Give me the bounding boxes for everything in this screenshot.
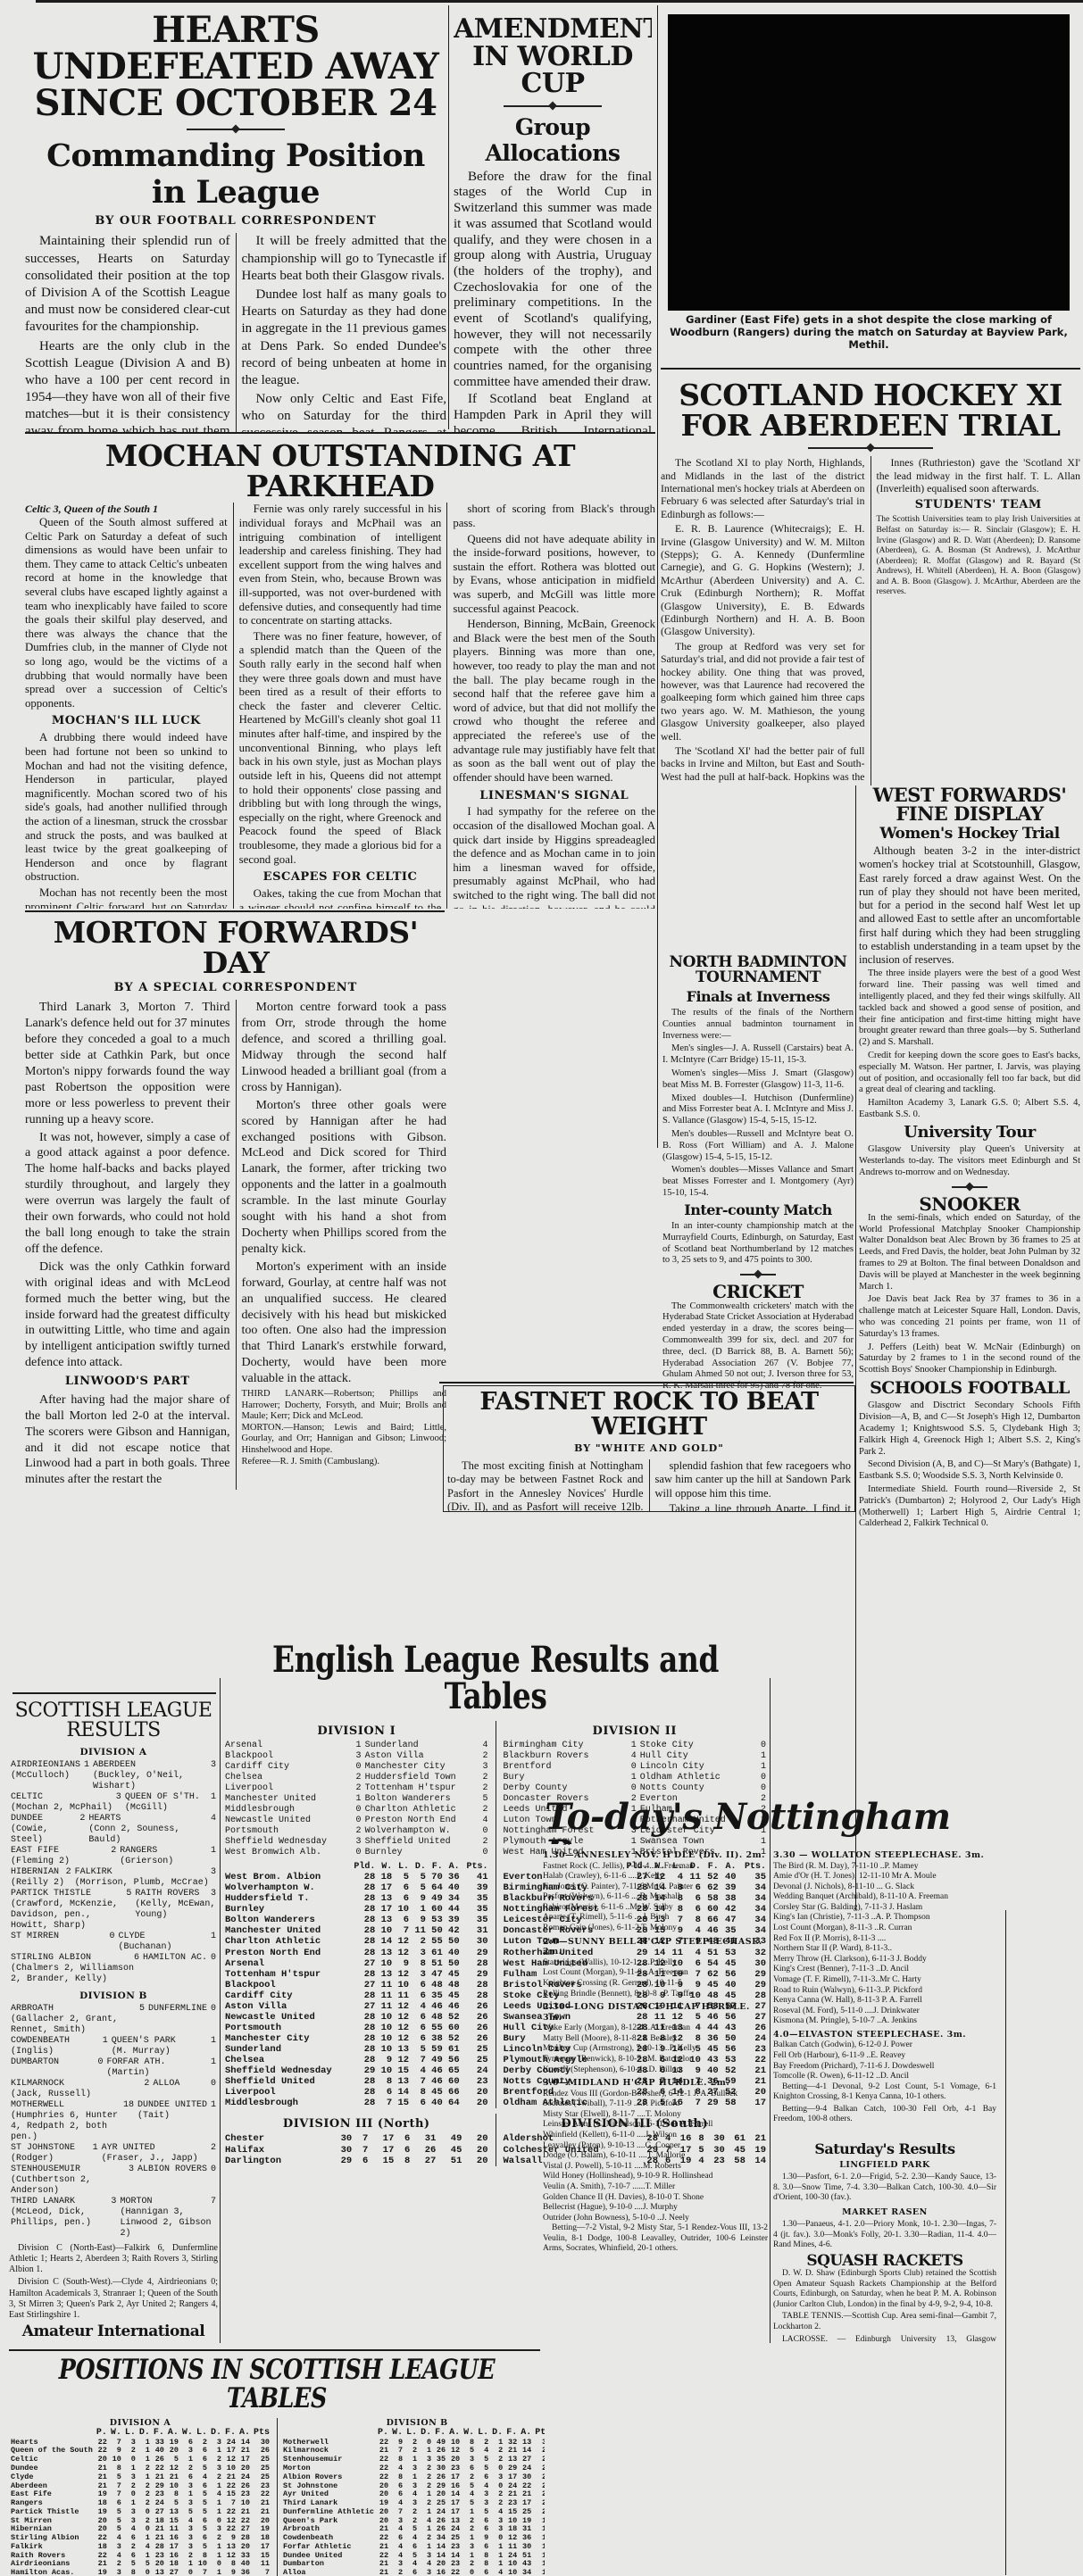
stat-cell: 3 (419, 2569, 433, 2576)
home-score: 2 (102, 1846, 118, 1857)
headline-divider (187, 129, 285, 130)
hockey-article: SCOTLAND HOCKEY XI FOR ABERDEEN TRIAL Th… (661, 375, 1080, 785)
section-rule (661, 368, 1080, 370)
badminton-cricket-column: NORTH BADMINTON TOURNAMENT Finals at Inv… (662, 955, 854, 1455)
positions-division-a: DIVISION A P.W.L.D.F.A.W.L.D.F.A.PtsHear… (9, 2418, 271, 2576)
column-rule (1005, 1910, 1006, 2575)
away-score: 2 (479, 1783, 489, 1794)
team-name: Portsmouth (223, 2023, 349, 2033)
team-name: Arsenal (223, 1958, 349, 1969)
home-score: 3 (352, 1837, 362, 1848)
away-team: Stoke City (638, 1741, 756, 1751)
hearts-column-2: It will be freely admitted that the cham… (236, 233, 447, 434)
stat-cell: 26 (462, 2033, 490, 2044)
home-scorers: (Mochan 2, McPhail) (9, 1803, 123, 1814)
home-scorers (9, 1942, 117, 1953)
table-row: Darlington296158275120 (223, 2156, 490, 2166)
stat-cell: 12 (394, 2012, 411, 2023)
stat-cell: 21 (376, 2569, 390, 2576)
team-name: Bolton Wanderers (223, 1915, 349, 1925)
stat-cell: 49 (428, 2055, 445, 2065)
away-score: 0 (209, 1953, 218, 1964)
stat-cell: 20 (463, 2133, 489, 2144)
result-row: ARBROATH5DUNFERMLINE0(Gallacher 2, Grant… (9, 2004, 218, 2036)
away-team: Burnley (363, 1848, 479, 1858)
away-team: Charlton Athletic (363, 1805, 479, 1816)
home-team: Blackburn Rovers (502, 1751, 627, 1762)
result-row: THIRD LANARK3MORTON7(McLeod, Dick, Phill… (9, 2197, 218, 2239)
paragraph: Innes (Ruthrieston) gave the 'Scotland X… (877, 456, 1081, 494)
mochan-column-2: Fernie was only rarely successful in his… (233, 503, 442, 909)
runner-entry: Fastnet Rock (C. Jellis), 7-12-4..A. Fre… (543, 1862, 768, 1873)
stat-cell: 60 (428, 1904, 445, 1915)
paragraph: Mixed doubles—I. Hutchison (Dunfermline)… (662, 1093, 854, 1127)
womens-hockey-subheading: Women's Hockey Trial (859, 827, 1080, 842)
paragraph: Morton's three other goals were scored b… (242, 1098, 447, 1258)
team-name: Newcastle United (223, 2012, 349, 2023)
runner-entry: King's Crest (Benner), 7-11-3 ..D. Ancil (773, 1965, 996, 1975)
table-row: Blackpool2711106484828 (223, 1980, 490, 1990)
home-score: 0 (352, 1805, 362, 1816)
home-team: Brentford (502, 1762, 627, 1773)
stat-cell: 17 (370, 2145, 396, 2156)
away-score: 0 (756, 1783, 768, 1794)
stat-cell: 48 (445, 1980, 462, 1990)
stat-cell: 10 (394, 1904, 411, 1915)
match-photo (668, 14, 1070, 311)
positions-division-b: DIVISION B P.W.L.D.F.A.W.L.D.F.A.PtsMoth… (277, 2418, 545, 2576)
betting-line: Betting—7-2 Vistal, 9-2 Misty Star, 5-1 … (543, 2223, 768, 2255)
away-team: AYR UNITED (100, 2143, 202, 2154)
runner-entry: Veulin (A. Smith), 7-10-7 ......T. Mille… (543, 2182, 768, 2193)
paragraph: J. Peffers (Leith) beat W. McNair (Edinb… (859, 1342, 1080, 1376)
stat-cell: 7 (354, 2133, 370, 2144)
away-team: DUNFERMLINE (146, 2004, 209, 2015)
stat-cell: 31 (412, 2133, 437, 2144)
runner-entry: Vistal (J. Powell), 5-10-11 ....M. Rober… (543, 2162, 768, 2173)
home-score: 1 (626, 1741, 637, 1751)
runner-entry: Vomage (T. F. Rimell), 7-11-3..Mr C. Har… (773, 1975, 996, 1986)
stat-cell: 6 (411, 2033, 428, 2044)
betting-line: Betting—9-4 Balkan Catch, 100-30 Fell Or… (773, 2105, 996, 2125)
stat-cell: 1 (411, 1904, 428, 1915)
stat-cell: 28 (462, 1990, 490, 2001)
division-label: DIVISION I (223, 1724, 490, 1738)
away-team: QUEEN'S PARK (110, 2036, 205, 2047)
stat-cell: 6 (411, 1990, 428, 2001)
home-scorers: (Jack, Russell) (9, 2090, 151, 2100)
womens-hockey-heading: WEST FORWARDS' FINE DISPLAY (859, 785, 1080, 824)
away-score: 2 (202, 2143, 218, 2154)
stat-cell: 28 (349, 1925, 378, 1936)
team-name: Sheffield Wednesday (223, 2065, 349, 2076)
division-label: DIVISION A (9, 2418, 271, 2428)
team-name: Charlton Athletic (223, 1936, 349, 1947)
paragraph: The 'Scotland XI' had the better pair of… (661, 744, 865, 785)
column-header: D. (209, 2428, 223, 2439)
home-scorers: (Reilly 2) (9, 1878, 73, 1889)
stat-cell: 12 (394, 2055, 411, 2065)
runner-entry: Kenya Canna (W. Hall), 8-11-3 P. A. Farr… (773, 1996, 996, 2007)
away-team: Notts County (638, 1783, 756, 1794)
table-row: West Brom. Albion281855703641 (223, 1872, 490, 1882)
column-header: A. (445, 1862, 462, 1873)
table-row: Alloa212631622064103412 (281, 2569, 545, 2576)
stat-cell: 64 (428, 1882, 445, 1893)
paragraph: Second Division (A, B, and C)—St Mary's … (859, 1459, 1080, 1483)
stat-cell: 6 (377, 2087, 394, 2098)
stat-cell: 59 (428, 2044, 445, 2055)
stat-cell: 36 (237, 2569, 252, 2576)
away-score: 7 (198, 2197, 218, 2207)
table-row: Middlesbrough287156406420 (223, 2098, 490, 2108)
scottish-results: SCOTTISH LEAGUE RESULTS DIVISION A AIRDR… (9, 1699, 218, 2342)
stat-cell: 6 (394, 1915, 411, 1925)
team-name: Manchester United (223, 1925, 349, 1936)
paragraph: Joe Davis beat Jack Rea by 37 frames to … (859, 1294, 1080, 1340)
stat-cell: 7 (354, 2145, 370, 2156)
paragraph: D. W. D. Shaw (Edinburgh Sports Club) re… (773, 2269, 996, 2310)
headline-divider (808, 447, 933, 449)
stat-cell: 65 (445, 2065, 462, 2076)
saturday-results-heading: Saturday's Results (773, 2142, 996, 2156)
result-row: ST JOHNSTONE1AYR UNITED2(Rodger)(Fraser,… (9, 2143, 218, 2165)
home-team: HIBERNIAN (9, 1867, 63, 1878)
away-scorers: (Conn 2, Souness, Bauld) (87, 1824, 218, 1846)
away-score: 1 (205, 2036, 218, 2047)
section-heading: ESCAPES FOR CELTIC (239, 870, 442, 885)
away-score: 1 (195, 1932, 218, 1942)
away-team: CLYDE (117, 1932, 196, 1942)
hearts-byline: BY OUR FOOTBALL CORRESPONDENT (25, 214, 446, 228)
home-team: Manchester United (223, 1794, 352, 1805)
morton-article: MORTON FORWARDS' DAY BY A SPECIAL CORRES… (25, 914, 446, 1503)
runner-entry: Northern Star II (P. Ward), 8-11-3.. (773, 1944, 996, 1955)
away-team: Oldham Athletic (638, 1773, 756, 1783)
result-row: STENHOUSEMUIR3ALBION ROVERS0(Cuthbertson… (9, 2165, 218, 2197)
home-team: Arsenal (223, 1741, 352, 1751)
stat-cell: 39 (462, 1882, 490, 1893)
away-score: 1 (204, 2057, 218, 2068)
runner-entry: Wedding Banquet (Archibald), 8-11-10 A. … (773, 1892, 996, 1903)
stat-cell: 9 (394, 1958, 411, 1969)
stat-cell: 50 (445, 1936, 462, 1947)
stat-cell: 61 (428, 1948, 445, 1958)
stat-cell: 17 (370, 2133, 396, 2144)
stat-cell: 13 (152, 2569, 166, 2576)
result-row: Blackburn Rovers4Hull City1 (502, 1751, 769, 1762)
stat-cell: 15 (394, 2098, 411, 2108)
race-title: 4.0—ELVASTON STEEPLECHASE. 3m. (773, 2030, 996, 2040)
home-team: Bury (502, 1773, 627, 1783)
column-header: W. (180, 2428, 195, 2439)
stat-cell: 20 (462, 2098, 490, 2108)
race-title: 2.0—SUNNY BELL H'CAP STEEPLECHASE. 2m. (543, 1937, 768, 1957)
stat-cell: 26 (462, 2023, 490, 2033)
badminton-subheading: Finals at Inverness (662, 990, 854, 1004)
world-cup-headline: AMENDMENT IN WORLD CUP (454, 16, 652, 98)
saturday-squash-block: Saturday's Results LINGFIELD PARK 1.30—P… (773, 2142, 996, 2343)
table-row: Sheffield Wednesday2910154466524 (223, 2065, 490, 2076)
paragraph: Glasgow University play Queen's Universi… (859, 1144, 1080, 1178)
stat-cell: 6 (396, 2145, 412, 2156)
stat-cell: 13 (394, 2044, 411, 2055)
home-scorers: (Cuthbertson 2, Anderson) (9, 2175, 136, 2197)
stat-cell: 6 (476, 2569, 490, 2576)
column-header: A. (166, 2428, 180, 2439)
away-team: Bolton Wanderers (363, 1794, 479, 1805)
table-header: Pld.W.L.D.F.A.Pts. (223, 1862, 490, 1873)
result-row: Birmingham City1Stoke City0 (502, 1741, 769, 1751)
column-rule (770, 1678, 771, 2343)
runner-entry: Roseval (M. Ford), 5-11-0 ....J. Drinkwa… (773, 2007, 996, 2017)
stat-cell: 28 (349, 1872, 378, 1882)
venue-label: MARKET RASEN (773, 2207, 996, 2217)
home-team: ST JOHNSTONE (9, 2143, 89, 2154)
stat-cell: 6 (411, 2098, 428, 2108)
paragraph: Women's doubles—Misses Vallance and Smar… (662, 1165, 854, 1199)
stat-cell: 45 (428, 2087, 445, 2098)
home-team: THIRD LANARK (9, 2197, 105, 2207)
stat-cell: 50 (445, 1958, 462, 1969)
home-score: 2 (71, 1814, 87, 1824)
away-score: 2 (479, 1773, 489, 1783)
morton-headline: MORTON FORWARDS' DAY (25, 918, 446, 977)
stat-cell: 5 (411, 1882, 428, 1893)
stat-cell: 12 (394, 1969, 411, 1980)
home-score: 0 (352, 1762, 362, 1773)
paragraph: There was no finer feature, however, of … (239, 630, 442, 867)
university-tour-heading: University Tour (859, 1125, 1080, 1141)
stat-cell: 15 (370, 2156, 396, 2166)
result-row: STIRLING ALBION6HAMILTON AC.0(Chalmers 2… (9, 1953, 218, 1985)
stat-cell: 8 (411, 2087, 428, 2098)
away-score: 0 (479, 1826, 489, 1837)
stat-cell: 28 (349, 2055, 378, 2065)
home-score: 2 (63, 1867, 73, 1878)
stat-cell: 18 (377, 1872, 394, 1882)
away-team: HAMILTON AC. (141, 1953, 209, 1964)
column-header: W. (377, 1862, 394, 1873)
home-score: 2 (352, 1773, 362, 1783)
away-score: 1 (209, 2100, 218, 2111)
stat-cell: 8 (411, 1958, 428, 1969)
column-header: A. (447, 2428, 462, 2439)
students-team-list: The Scottish Universities team to play I… (877, 515, 1081, 598)
home-score: 0 (626, 1783, 637, 1794)
paragraph: E. R. B. Laurence (Whitecraigs); E. H. I… (661, 522, 865, 638)
stat-cell: 8 (123, 2569, 137, 2576)
home-team: STIRLING ALBION (9, 1953, 129, 1964)
home-scorers (9, 2068, 105, 2079)
stat-cell: 27 (349, 1958, 378, 1969)
match-score-dek: Celtic 3, Queen of the South 1 (25, 503, 228, 516)
world-cup-body: Before the draw for the final stages of … (454, 170, 652, 434)
stat-cell: 60 (445, 2076, 462, 2087)
table-row: Halifax307176264520 (223, 2145, 490, 2156)
stat-cell: 28 (349, 2076, 378, 2087)
team-name: Darlington (223, 2156, 328, 2166)
paragraph: Hearts are the only club in the Scottish… (25, 338, 230, 434)
stat-cell: 46 (428, 2076, 445, 2087)
section-rule (25, 910, 445, 912)
runner-entry: Leavalley (Paton), 9-10-13 ....G. Cooper (543, 2141, 768, 2152)
home-team: West Bromwich Alb. (223, 1848, 352, 1858)
result-row: Manchester United1Bolton Wanderers5 (223, 1794, 490, 1805)
away-team: MORTON (118, 2197, 197, 2207)
stat-cell: 44 (445, 1904, 462, 1915)
away-team: RANGERS (118, 1846, 200, 1857)
column-header: Pts (252, 2428, 271, 2439)
away-scorers: (Morrison, Plumb, McCrae) (73, 1878, 218, 1889)
stat-cell: 28 (349, 2023, 378, 2033)
away-score: 1 (200, 1846, 218, 1857)
paragraph: Although beaten 3-2 in the inter-distric… (859, 844, 1080, 967)
away-score: 4 (479, 1741, 489, 1751)
stat-cell: 46 (445, 2001, 462, 2012)
stat-cell: 28 (349, 1915, 378, 1925)
division-b-table: P.W.L.D.F.A.W.L.D.F.A.PtsMotherwell22920… (281, 2428, 545, 2576)
paragraph: Morton centre forward took a pass from O… (242, 1000, 447, 1095)
paragraph: Queen of the South almost suffered at Ce… (25, 516, 228, 711)
away-scorers: (McGill) (123, 1803, 218, 1814)
stat-cell: 7 (377, 2098, 394, 2108)
stat-cell: 28 (349, 1904, 378, 1915)
away-scorers: (Grierson) (118, 1857, 218, 1867)
stat-cell: 9 (377, 2055, 394, 2065)
stat-cell: 11 (411, 1925, 428, 1936)
home-team: Sheffield Wednesday (223, 1837, 352, 1848)
division-label: DIVISION III (North) (223, 2117, 490, 2131)
table-row: Chelsea289127495625 (223, 2055, 490, 2065)
runner-entry: Rendez Vous III (Gordon-Bowsher), 6-12-1… (543, 2090, 768, 2100)
team-name: Chelsea (223, 2055, 349, 2065)
morton-byline: BY A SPECIAL CORRESPONDENT (25, 981, 446, 994)
runner-entry: Balkan Catch (Godwin), 6-12-0 J. Power (773, 2040, 996, 2051)
home-team: ARBROATH (9, 2004, 124, 2015)
stat-cell: 46 (428, 2001, 445, 2012)
runner-entry: Dodge (O. Balam), 6-10-11 ....T. Mallori… (543, 2151, 768, 2162)
division-1-table: Pld.W.L.D.F.A.Pts.West Brom. Albion28185… (223, 1862, 490, 2109)
team-name: Huddersfield T. (223, 1893, 349, 1904)
away-score: 0 (203, 2079, 218, 2090)
race-title: 1.30—ANNESLEY NOV. H'DLE (Div. II). 2m. (543, 1850, 768, 1861)
away-score: 0 (479, 1848, 489, 1858)
stat-cell: 5 (394, 1872, 411, 1882)
stat-cell: 12 (394, 1936, 411, 1947)
referee: Referee—R. J. Smith (Cambuslang). (242, 1457, 447, 1468)
results-line: 1.30—Panaeus, 4-1. 2.0—Priory Monk, 10-1… (773, 2220, 996, 2251)
team-name: Sunderland (223, 2044, 349, 2055)
stat-cell: 34 (445, 1893, 462, 1904)
column-header: F. (433, 2428, 447, 2439)
runner-entry: Roman Gain (Jones), 6-11-2 T. Molony (543, 1924, 768, 1934)
runner-entry: Monkey Cup (Armstrong), 7-10-13 ..P. Kel… (543, 2044, 768, 2055)
stat-cell: 35 (462, 1915, 490, 1925)
fastnet-byline: BY "WHITE AND GOLD" (444, 1442, 854, 1454)
paragraph: Mochan has not recently been the most pr… (25, 886, 228, 909)
division-a-results: AIRDRIEONIANS1ABERDEEN3(McCulloch)(Buckl… (9, 1760, 218, 1985)
stat-cell: 51 (437, 2156, 463, 2166)
fastnet-headline: FASTNET ROCK TO BEAT WEIGHT (444, 1390, 854, 1439)
stat-cell: 28 (349, 1969, 378, 1980)
result-row: CELTIC3QUEEN OF S'TH.1(Mochan 2, McPhail… (9, 1792, 218, 1814)
result-row: ST MIRREN0CLYDE1(Buchanan) (9, 1932, 218, 1953)
result-row: HIBERNIAN2FALKIRK3(Reilly 2)(Morrison, P… (9, 1867, 218, 1889)
paragraph: LACROSSE. — Edinburgh University 13, Gla… (773, 2335, 996, 2343)
stat-cell: 22 (447, 2569, 462, 2576)
right-column: WEST FORWARDS' FINE DISPLAY Women's Hock… (859, 785, 1080, 1901)
table-row: Charlton Athletic2814122555030 (223, 1936, 490, 1947)
result-row: KILMARNOCK2ALLOA0(Jack, Russell) (9, 2079, 218, 2100)
stat-cell: 61 (445, 2044, 462, 2055)
home-score: 0 (352, 1848, 362, 1858)
stat-cell: 26 (462, 2012, 490, 2023)
stat-cell: 25 (462, 2055, 490, 2065)
third-lanark-lineup: THIRD LANARK—Robertson; Phillips and Har… (242, 1389, 447, 1423)
stat-cell: 10 (377, 1958, 394, 1969)
home-score: 5 (121, 1889, 133, 1899)
team-name: Manchester City (223, 2033, 349, 2044)
home-score: 3 (122, 2165, 136, 2175)
division-label: DIVISION B (281, 2418, 545, 2428)
column-header: D. (419, 2428, 433, 2439)
away-score: 3 (208, 1889, 218, 1899)
stat-cell: 46 (428, 2065, 445, 2076)
stat-cell: 11 (377, 2001, 394, 2012)
stat-cell: 36 (445, 1872, 462, 1882)
scottish-results-heading: SCOTTISH LEAGUE RESULTS (9, 1701, 218, 1741)
home-score: 6 (129, 1953, 141, 1964)
away-team: DUNDEE UNITED (136, 2100, 209, 2111)
result-row: MOTHERWELL18DUNDEE UNITED1(Humphries 6, … (9, 2100, 218, 2143)
stat-cell: 28 (349, 1948, 378, 1958)
stat-cell: 26 (412, 2145, 437, 2156)
home-team: DUNDEE (9, 1814, 71, 1824)
away-scorers: (Hannigan 3, Linwood 2, Gibson 2) (118, 2207, 218, 2239)
table-row: Aston Villa2711124464626 (223, 2001, 490, 2012)
stat-cell: 11 (394, 1990, 411, 2001)
runner-entry: Devonal (J. Nichols), 8-11-10 ... G. Sla… (773, 1882, 996, 1893)
table-row: Burnley2817101604435 (223, 1904, 490, 1915)
team-name: Blackpool (223, 1980, 349, 1990)
paragraph: After having had the major share of the … (25, 1392, 230, 1488)
stat-cell: 5 (411, 2044, 428, 2055)
world-cup-subheadline: Group Allocations (454, 114, 652, 166)
paragraph: Before the draw for the final stages of … (454, 170, 652, 391)
stat-cell: 6 (411, 1980, 428, 1990)
stat-cell: 6 (354, 2156, 370, 2166)
result-row: Newcastle United0Preston North End4 (223, 1816, 490, 1826)
runner-entry: The Bird (R. M. Day), 7-11-10 ..P. Mamey (773, 1862, 996, 1873)
paragraph: It was not, however, simply a case of a … (25, 1130, 230, 1258)
home-scorers: (Humphries 6, Hunter 4, Redpath 2, both … (9, 2111, 136, 2143)
stat-cell: 9 (411, 1915, 428, 1925)
home-score: 1 (352, 1794, 362, 1805)
nottingham-races-right: 3.30 — WOLLATON STEEPLECHASE. 3m.The Bir… (773, 1848, 996, 2142)
away-score: 4 (192, 1814, 218, 1824)
paragraph: Men's doubles—Russell and McIntyre beat … (662, 1129, 854, 1163)
away-scorers: (Fraser, J., Japp) (100, 2154, 218, 2165)
stat-cell: 28 (462, 1980, 490, 1990)
away-score: 5 (479, 1794, 489, 1805)
stat-cell: 0 (180, 2569, 195, 2576)
newspaper-page: HEARTS UNDEFEATED AWAY SINCE OCTOBER 24 … (0, 0, 1083, 2576)
column-header: L. (404, 2428, 419, 2439)
away-team: ALBION ROVERS (136, 2165, 209, 2175)
stat-cell: 10 (377, 1925, 394, 1936)
table-row: Preston North End2813123614029 (223, 1948, 490, 1958)
